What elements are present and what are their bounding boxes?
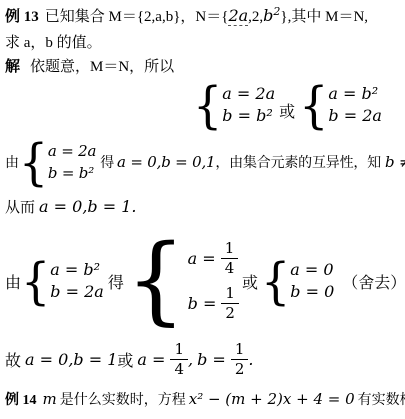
system-rows: a = 0 b = 0: [290, 259, 334, 303]
solution-lead-text: 依题意，M＝N，所以: [30, 59, 174, 75]
or-connective: 或: [117, 348, 133, 371]
fraction-rows: a = 1 4 b = 1 2: [188, 240, 239, 322]
fraction-row: b = 1 2: [188, 285, 239, 322]
fraction: 1 4: [221, 240, 239, 277]
equation-system-right: { a = b² b = 2a: [299, 82, 382, 128]
ex13-text-mid: ,2,: [248, 9, 263, 25]
step1-system: { a = 2a b = b²: [19, 139, 96, 185]
equation-system-left: { a = 2a b = b²: [193, 82, 275, 128]
left-brace-icon: {: [299, 80, 328, 130]
left-brace-icon: {: [193, 80, 222, 130]
ex13-line1: 例 13已知集合 M＝{2,a,b}，N＝{2a,2,b2},其中 M＝N,: [5, 5, 400, 28]
ex14-line: 例 14m是什么实数时，方程x² − (m + 2)x + 4 = 0有实数根?: [5, 388, 400, 412]
step2-derivation: 由 { a = b² b = 2a 得 { a = 1 4 b =: [5, 235, 400, 327]
fraction: 1 2: [221, 285, 239, 322]
step2-fraction-system: { a = 1 4 b = 1 2: [126, 234, 239, 328]
ex14-equation: x² − (m + 2)x + 4 = 0: [189, 390, 355, 408]
comma-separator: ,: [188, 350, 193, 369]
step2-from: 由: [5, 270, 21, 293]
step2-system: { a = b² b = 2a: [21, 258, 104, 304]
system-rows: a = b² b = 2a: [50, 259, 104, 303]
equation-row: b = b²: [48, 162, 96, 184]
system-rows: a = 2a b = b²: [222, 83, 275, 127]
left-brace-icon: {: [21, 256, 50, 306]
fraction-numerator: 1: [231, 341, 249, 360]
or-connective: 或: [242, 270, 258, 293]
ex13-text-end: },其中 M＝N,: [280, 9, 368, 25]
step1-thus: 从而: [5, 200, 35, 216]
equation-row: a = 2a: [48, 140, 96, 162]
solution-lead-line: 解依题意，M＝N，所以: [5, 56, 400, 78]
ex13-line2: 求 a，b 的值。: [5, 32, 400, 54]
fraction-denominator: 2: [231, 360, 249, 378]
step2-discarded-system: { a = 0 b = 0: [261, 258, 334, 304]
step1-result: a = 0,b = 0,1: [117, 153, 215, 171]
step1-conclusion: 从而a = 0,b = 1.: [5, 196, 400, 219]
fraction-row: a = 1 4: [188, 240, 239, 277]
system-rows: a = b² b = 2a: [328, 83, 382, 127]
ex13-question: 求 a，b 的值。: [5, 35, 102, 51]
equation-row: b = 2a: [50, 281, 104, 303]
fraction: 1 2: [231, 341, 249, 378]
step1-derivation: 由 { a = 2a b = b² 得 a = 0,b = 0,1 ，由集合元素…: [5, 134, 400, 190]
final-solution-1: a = 0,b = 1: [25, 350, 117, 369]
equation-row: b = 0: [290, 281, 334, 303]
equation-row: b = b²: [222, 105, 275, 127]
fraction-denominator: 2: [221, 304, 239, 322]
fraction-numerator: 1: [170, 341, 188, 360]
step1-reason: ，由集合元素的互异性，知: [215, 152, 381, 172]
ex13-var-b: b: [263, 6, 273, 25]
equation-lhs: b =: [188, 294, 217, 313]
period-mark: .: [248, 350, 253, 369]
fraction-denominator: 4: [170, 360, 188, 378]
step1-get: 得: [100, 152, 114, 172]
fraction-numerator: 1: [221, 285, 239, 304]
fraction-denominator: 4: [221, 259, 239, 277]
ex13-text-intro: 已知集合 M＝{2,a,b}，N＝{: [45, 9, 229, 25]
final-a-equals: a =: [137, 350, 165, 369]
equation-row: b = 2a: [328, 105, 382, 127]
final-therefore: 故: [5, 348, 21, 371]
equation-row: a = b²: [328, 83, 382, 105]
equation-row: a = b²: [50, 259, 104, 281]
final-conclusion: 故 a = 0,b = 1 或 a = 1 4 , b = 1 2 .: [5, 337, 400, 381]
step2-get: 得: [108, 270, 124, 293]
system-rows: a = 2a b = b²: [48, 140, 96, 184]
fraction: 1 4: [170, 341, 188, 378]
equation-row: a = 2a: [222, 83, 275, 105]
ex14-label: 例 14: [5, 393, 37, 408]
display-equation: { a = 2a b = b² 或 { a = b² b = 2a: [193, 82, 400, 128]
fraction-numerator: 1: [221, 240, 239, 259]
discard-note: （舍去）: [342, 270, 405, 293]
ex13-term-2a: 2a: [228, 6, 248, 26]
equation-row: a = 0: [290, 259, 334, 281]
or-connective: 或: [279, 99, 295, 122]
equation-lhs: a =: [188, 249, 216, 268]
ex14-var-m: m: [43, 390, 57, 408]
step1-from: 由: [5, 152, 19, 172]
document-body: { "colors": { "background": "#ffffff", "…: [0, 0, 405, 419]
ex14-text-2: 有实数根?: [358, 393, 405, 408]
ex14-text-1: 是什么实数时，方程: [60, 393, 186, 408]
ex13-label: 例 13: [5, 9, 39, 25]
left-brace-icon: {: [261, 256, 290, 306]
left-brace-icon: {: [126, 233, 186, 329]
math-document: 例 13已知集合 M＝{2,a,b}，N＝{2a,2,b2},其中 M＝N, 求…: [0, 0, 405, 412]
step1-conclusion-math: a = 0,b = 1.: [39, 197, 136, 216]
solution-label: 解: [5, 59, 20, 75]
final-b-equals: b =: [197, 350, 226, 369]
left-brace-icon: {: [19, 137, 48, 187]
step1-nonzero: b ≠ 0: [385, 153, 405, 171]
